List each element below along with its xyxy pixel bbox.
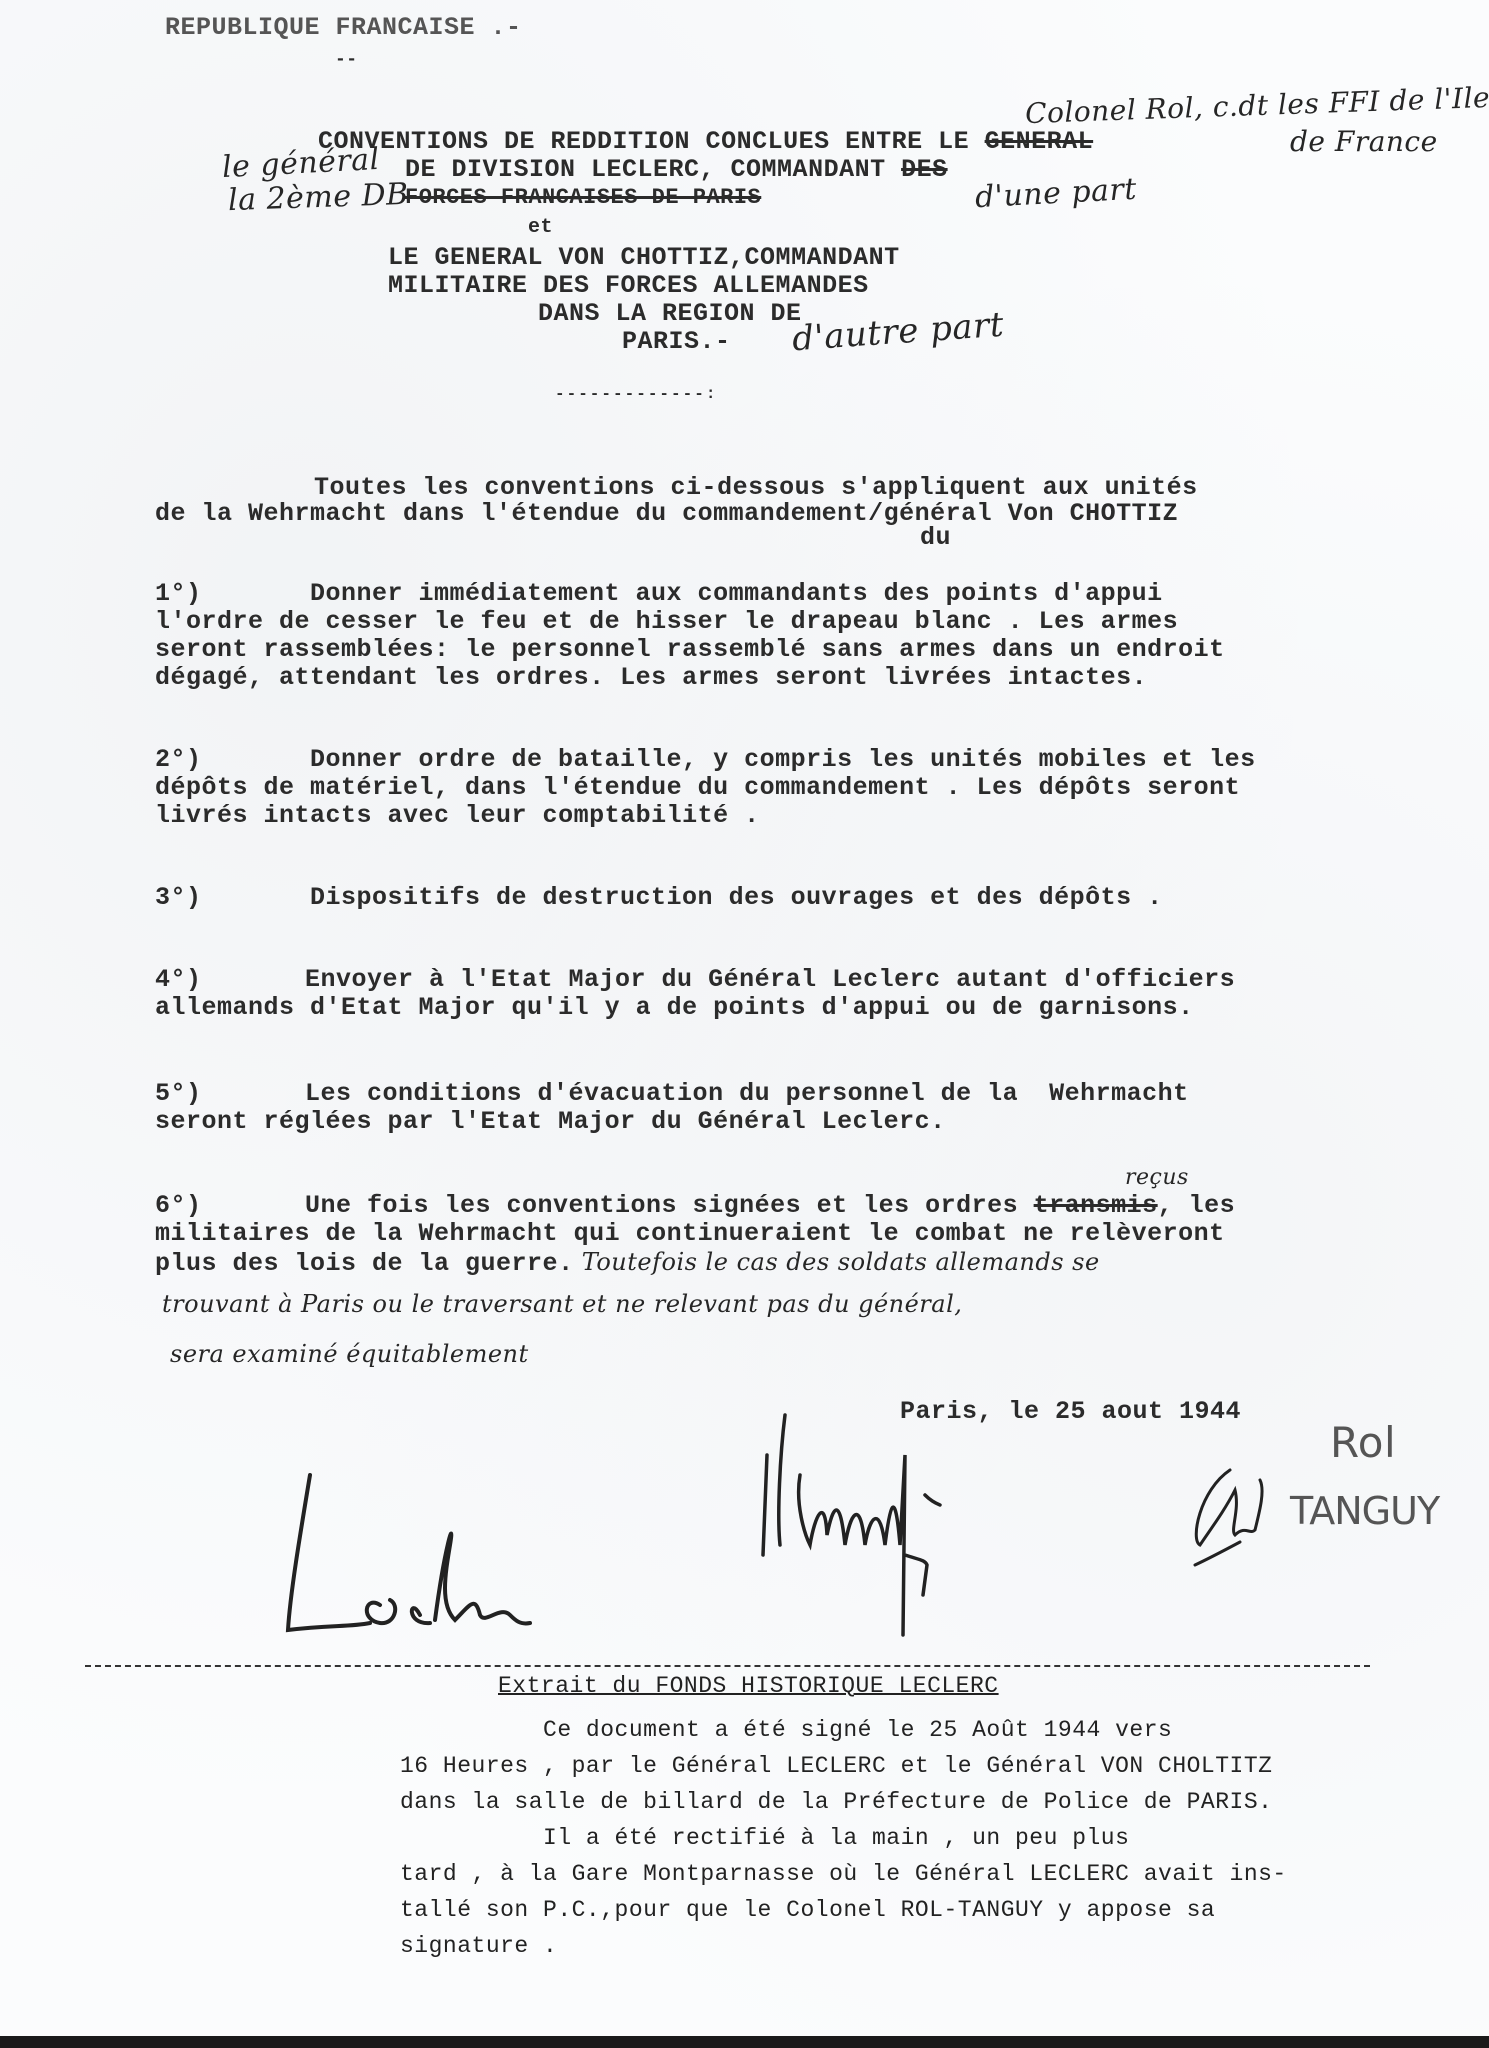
clause-line: Envoyer à l'Etat Major du Général Lecler… <box>305 966 1235 994</box>
clause-6-typed-end: plus des lois de la guerre. <box>155 1249 574 1278</box>
clause-line: Les conditions d'évacuation du personnel… <box>305 1080 1189 1108</box>
clause-line: seront rassemblées: le personnel rassemb… <box>155 636 1225 664</box>
footer-line: signature . <box>400 1928 557 1964</box>
annotation-colonel-rol: Colonel Rol, c.dt les FFI de l'Ile <box>1025 84 1489 128</box>
party2-line-3: DANS LA REGION DE <box>538 300 802 328</box>
struck-word-des: DES <box>901 155 948 184</box>
clause-line: l'ordre de cesser le feu et de hisser le… <box>155 608 1178 636</box>
intro-insert-du: du <box>920 524 951 552</box>
handwritten-addition-2: trouvant à Paris ou le traversant et ne … <box>162 1290 962 1318</box>
clause-line: Dispositifs de destruction des ouvrages … <box>310 884 1163 912</box>
annotation-autre-part: d'autre part <box>791 311 1005 354</box>
footer-line: tallé son P.C.,pour que le Colonel ROL-T… <box>400 1892 1215 1928</box>
clause-line-2: militaires de la Wehrmacht qui continuer… <box>155 1220 1225 1248</box>
party2-line-1: LE GENERAL VON CHOTTIZ,COMMANDANT <box>388 244 900 272</box>
annotation-une-part: d'une part <box>974 176 1137 212</box>
footer-line: tard , à la Gare Montparnasse où le Géné… <box>400 1856 1287 1892</box>
republic-dash: -- <box>335 46 358 74</box>
clause-6-suffix: , les <box>1158 1191 1236 1220</box>
clause-line: Donner ordre de bataille, y compris les … <box>310 746 1256 774</box>
conjunction-et: et <box>528 214 553 242</box>
clause-line: livrés intacts avec leur comptabilité . <box>155 802 760 830</box>
handwritten-addition-3: sera examiné équitablement <box>170 1340 529 1368</box>
clause-number: 5°) <box>155 1080 202 1108</box>
tanguy-handprint: TANGUY <box>1290 1490 1439 1532</box>
annotation-de-france: de France <box>1290 128 1438 156</box>
footer-heading: Extrait du FONDS HISTORIQUE LECLERC <box>498 1672 999 1700</box>
title-line-1: CONVENTIONS DE REDDITION CONCLUES ENTRE … <box>318 128 1093 156</box>
clause-line-1: Une fois les conventions signées et les … <box>305 1192 1235 1220</box>
rol-handprint: Rol <box>1330 1420 1396 1466</box>
header-separator: -------------: <box>555 380 717 408</box>
signature-von-choltitz <box>755 1395 1075 1655</box>
republic-heading: REPUBLIQUE FRANCAISE .- <box>165 14 522 42</box>
signature-leclerc <box>270 1455 630 1655</box>
clause-line: Donner immédiatement aux commandants des… <box>310 580 1163 608</box>
footer-line: Il a été rectifié à la main , un peu plu… <box>400 1820 1129 1856</box>
clause-number: 2°) <box>155 746 202 774</box>
intro-line-2: de la Wehrmacht dans l'étendue du comman… <box>155 500 1178 528</box>
title-line-2-text: DE DIVISION LECLERC, COMMANDANT <box>405 155 901 184</box>
footer-divider <box>85 1665 1370 1667</box>
clause-line: dégagé, attendant les ordres. Les armes … <box>155 664 1147 692</box>
intro-line-1: Toutes les conventions ci-dessous s'appl… <box>314 474 1198 502</box>
clause-6-text: Une fois les conventions signées et les … <box>305 1191 1034 1220</box>
correction-recus: reçus <box>1125 1164 1189 1192</box>
clause-line: allemands d'Etat Major qu'il y a de poin… <box>155 994 1194 1022</box>
clause-number: 4°) <box>155 966 202 994</box>
handwritten-addition-1: Toutefois le cas des soldats allemands s… <box>574 1248 1100 1276</box>
struck-word-general: GENERAL <box>985 127 1094 156</box>
footer-line: dans la salle de billard de la Préfectur… <box>400 1784 1272 1820</box>
clause-line-3: plus des lois de la guerre. Toutefois le… <box>155 1248 1100 1278</box>
party2-line-2: MILITAIRE DES FORCES ALLEMANDES <box>388 272 869 300</box>
title-line-1-text: CONVENTIONS DE REDDITION CONCLUES ENTRE … <box>318 127 985 156</box>
annotation-la-2eme-db: la 2ème DB <box>228 181 410 215</box>
title-line-2: DE DIVISION LECLERC, COMMANDANT DES <box>405 156 948 184</box>
clause-line: seront réglées par l'Etat Major du Génér… <box>155 1108 946 1136</box>
footer-line: Ce document a été signé le 25 Août 1944 … <box>400 1712 1172 1748</box>
annotation-le-general: le général <box>221 146 380 182</box>
clause-number: 3°) <box>155 884 202 912</box>
title-line-3-struck: FORCES FRANCAISES DE PARIS <box>405 184 761 212</box>
struck-word-transmis: transmis <box>1034 1191 1158 1220</box>
clause-line: dépôts de matériel, dans l'étendue du co… <box>155 774 1240 802</box>
party2-line-4: PARIS.- <box>622 328 731 356</box>
footer-line: 16 Heures , par le Général LECLERC et le… <box>400 1748 1272 1784</box>
clause-number: 6°) <box>155 1192 202 1220</box>
clause-number: 1°) <box>155 580 202 608</box>
scanned-document-page: REPUBLIQUE FRANCAISE .- -- CONVENTIONS D… <box>0 0 1489 2036</box>
